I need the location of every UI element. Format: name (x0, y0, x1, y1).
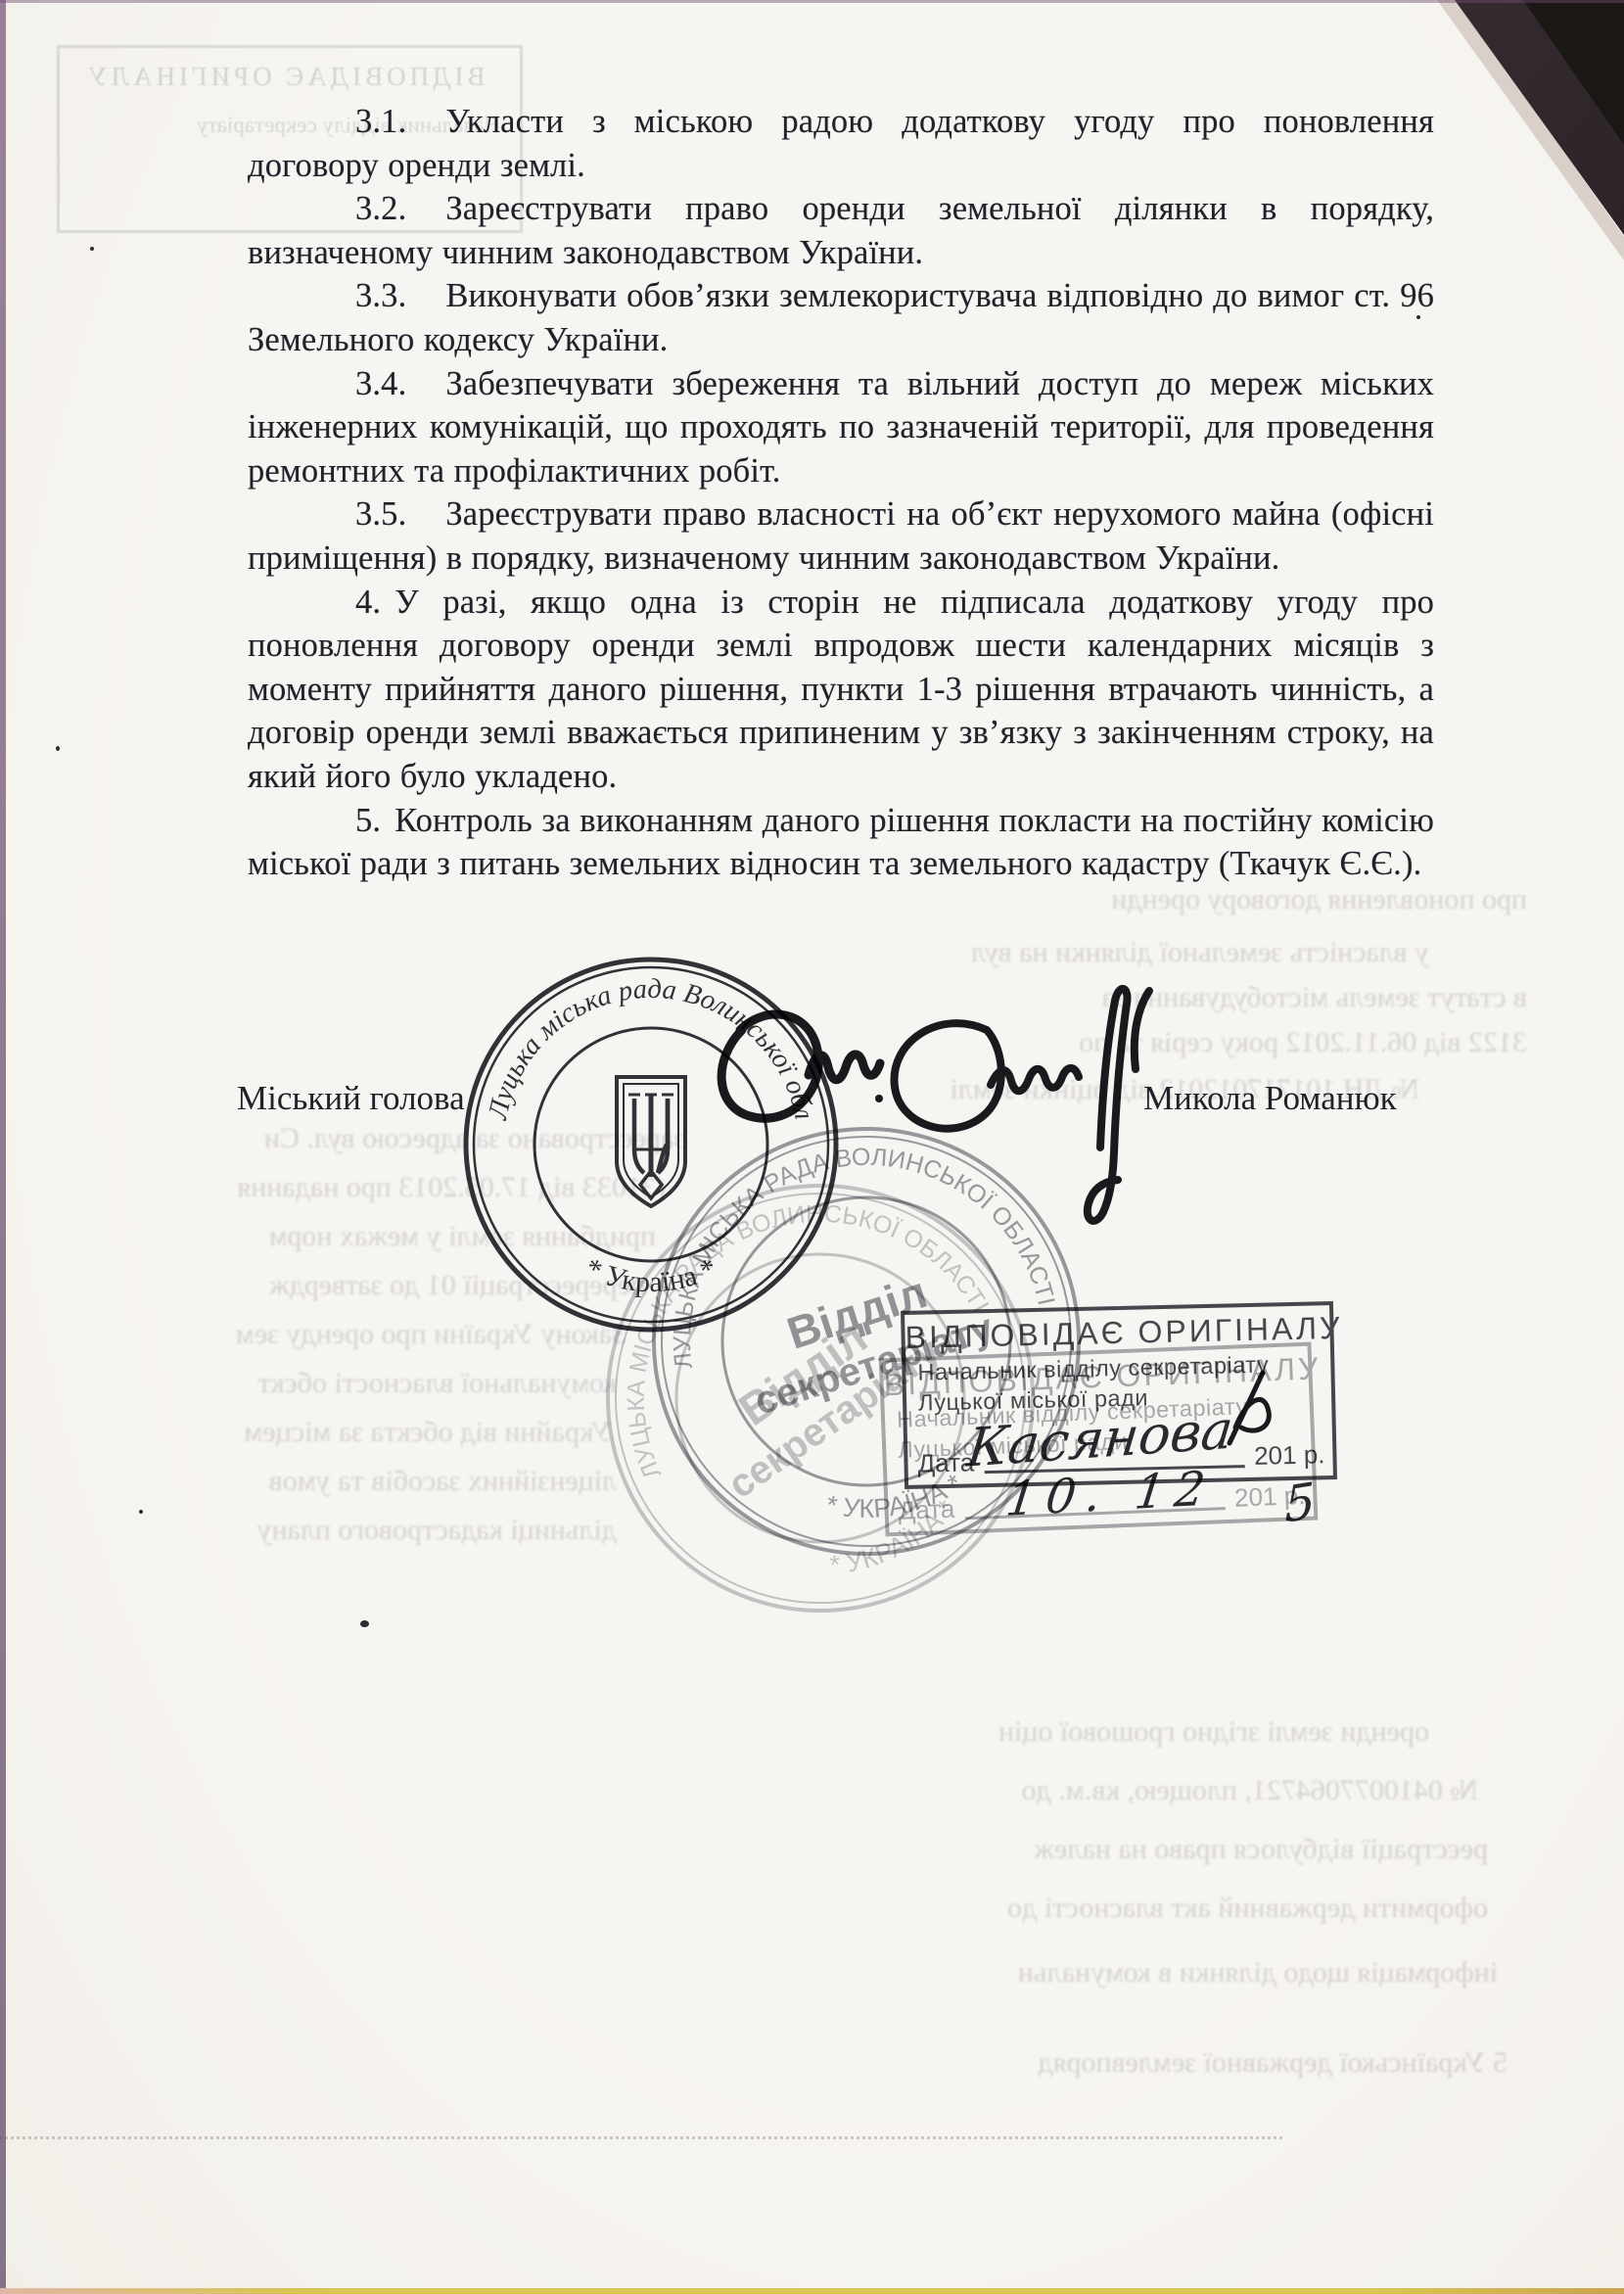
scan-edge-top (0, 0, 1624, 3)
mayor-signature-main (895, 989, 1149, 1221)
mayor-signature-initials (721, 1014, 883, 1118)
handwritten-year-digit: 5 (1284, 1472, 1316, 1534)
scan-edge-bottom (0, 2288, 1624, 2294)
scanned-document-page: ВІДПОВІДАЄ ОРИГІНАЛУ Начальник відділу с… (0, 0, 1624, 2294)
scan-edge-left (0, 0, 6, 2294)
handwritten-date: 10. 12 (1003, 1461, 1218, 1527)
clerk-signature-flourish (1230, 1373, 1269, 1443)
mayor-pen-signatures (0, 0, 1624, 2294)
